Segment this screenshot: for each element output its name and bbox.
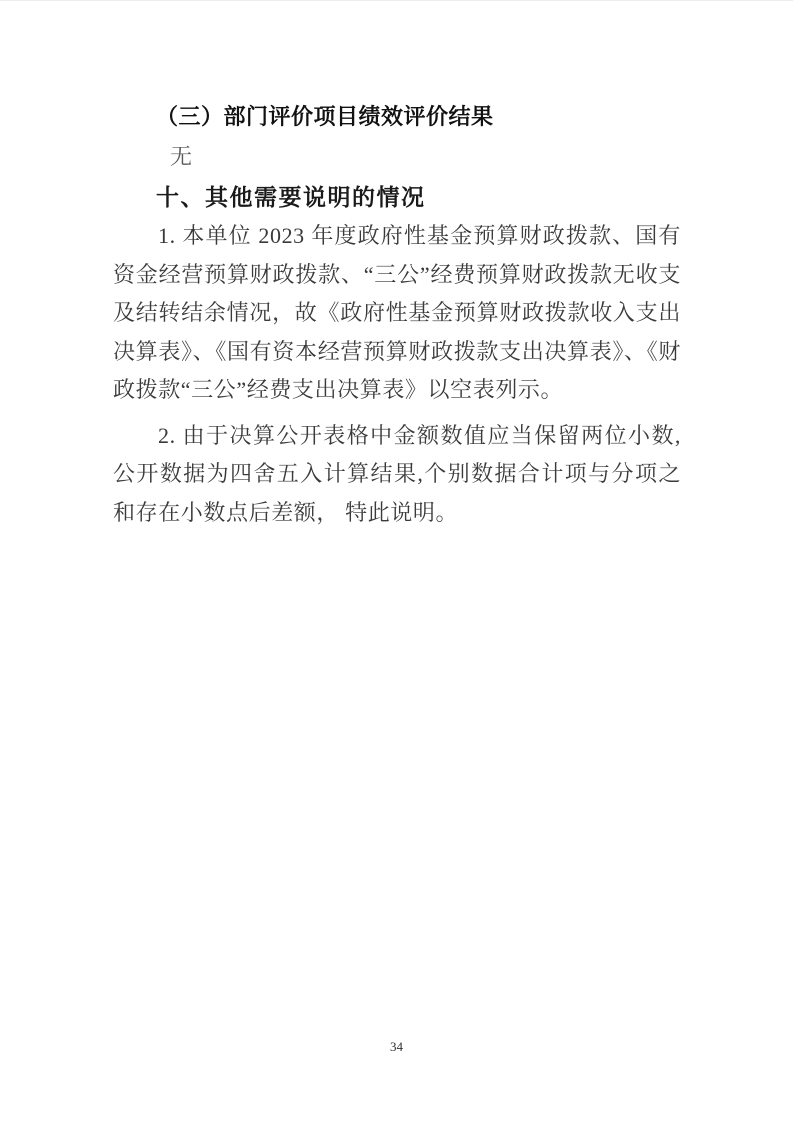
paragraph-empty-tables-note: 1. 本单位 2023 年度政府性基金预算财政拨款、国有资金经营预算财政拨款、“…: [113, 217, 681, 410]
section-heading-evaluation-results: （三）部门评价项目绩效评价结果: [113, 97, 681, 137]
none-value: 无: [113, 137, 681, 177]
paragraph-rounding-note: 2. 由于决算公开表格中金额数值应当保留两位小数,公开数据为四舍五入计算结果,个…: [113, 417, 681, 533]
document-page: （三）部门评价项目绩效评价结果 无 十、其他需要说明的情况 1. 本单位 202…: [0, 0, 793, 1122]
page-number: 34: [0, 1039, 793, 1055]
section-heading-other-notes: 十、其他需要说明的情况: [113, 177, 681, 217]
document-body: （三）部门评价项目绩效评价结果 无 十、其他需要说明的情况 1. 本单位 202…: [113, 97, 681, 532]
